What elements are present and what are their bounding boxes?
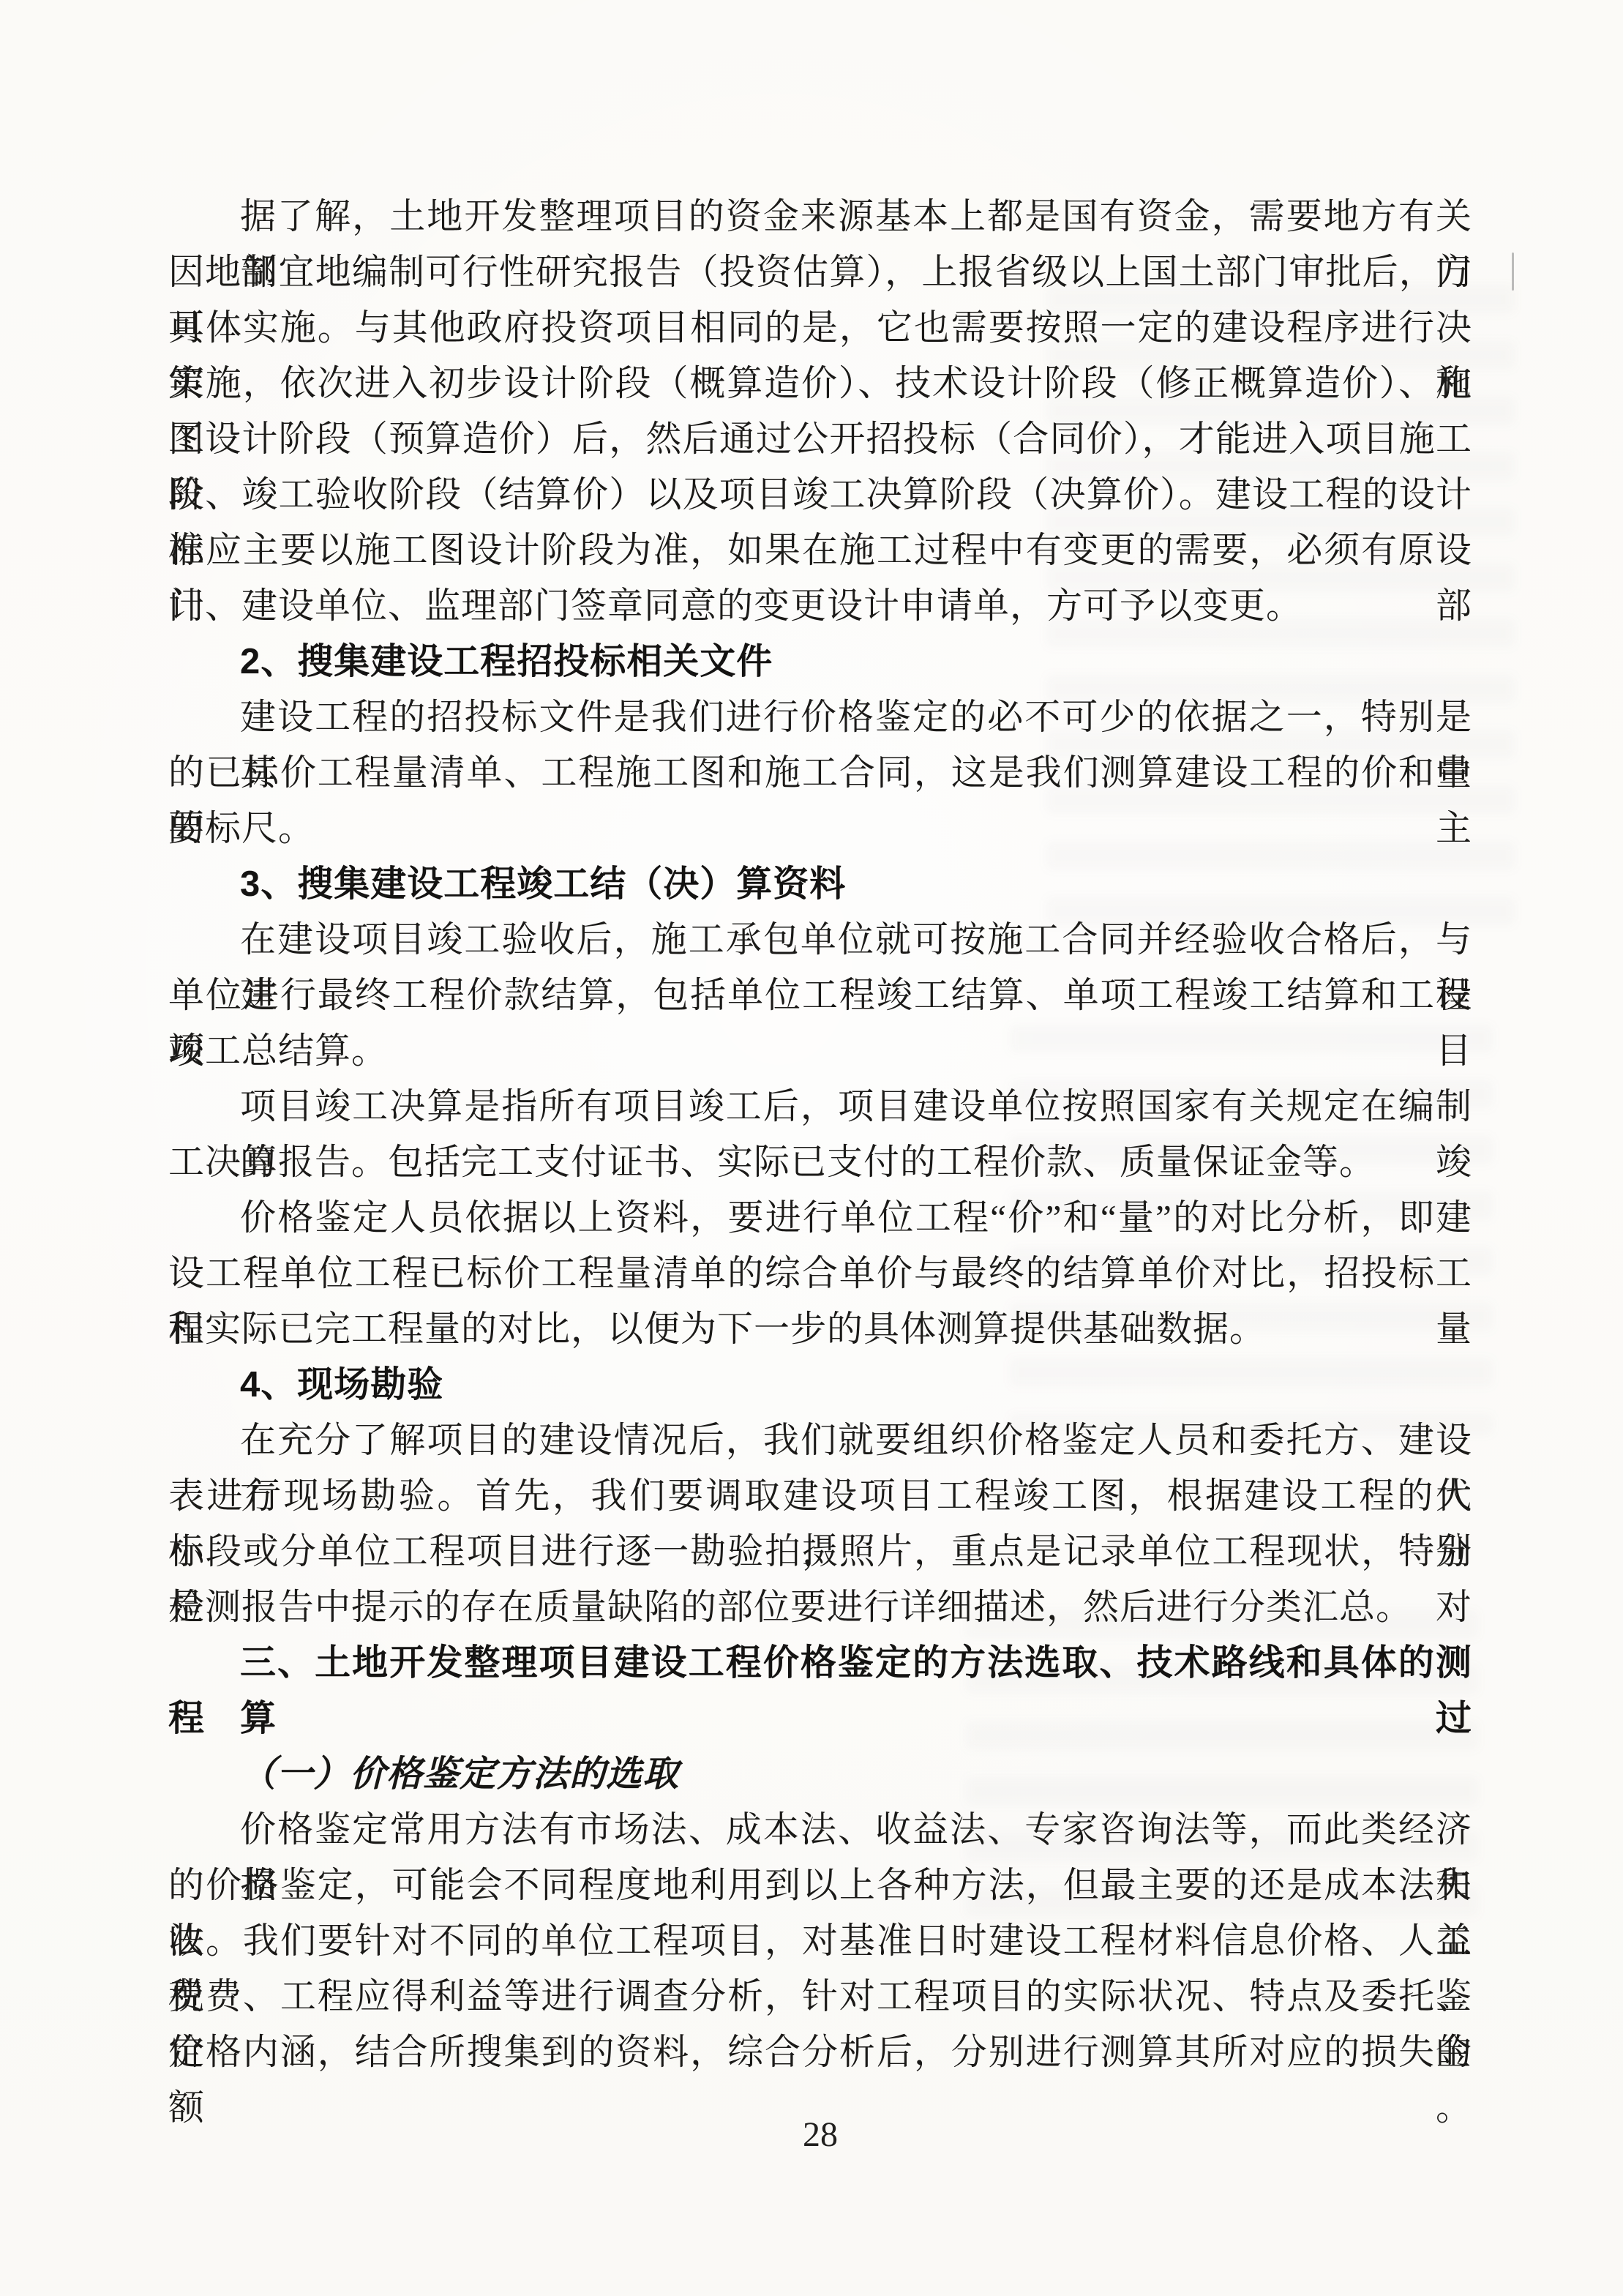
- heading-section-3-line-1: 三、土地开发整理项目建设工程价格鉴定的方法选取、技术路线和具体的测算过: [168, 1635, 1472, 1691]
- heading-subsection-1-method-selection: （一）价格鉴定方法的选取: [168, 1746, 1472, 1802]
- body-line: 门、建设单位、监理部门签章同意的变更设计申请单，方可予以变更。: [168, 578, 1472, 634]
- body-line: 具体实施。与其他政府投资项目相同的是，它也需要按照一定的建设程序进行决策和: [168, 300, 1472, 356]
- body-line: 的价格鉴定，可能会不同程度地利用到以上各种方法，但最主要的还是成本法和收益: [168, 1858, 1472, 1913]
- body-line: 检测报告中提示的存在质量缺陷的部位要进行详细描述，然后进行分类汇总。: [168, 1579, 1472, 1635]
- page-number: 28: [168, 2109, 1472, 2161]
- body-line: 单位进行最终工程价款结算，包括单位工程竣工结算、单项工程竣工结算和工程项目: [168, 968, 1472, 1023]
- body-line: 在建设项目竣工验收后，施工承包单位就可按施工合同并经验收合格后，与建设: [168, 912, 1472, 968]
- page-text-block: 据了解，土地开发整理项目的资金来源基本上都是国有资金，需要地方有关部门 因地制宜…: [168, 189, 1472, 2080]
- body-line: 设工程单位工程已标价工程量清单的综合单价与最终的结算单价对比，招投标工程量: [168, 1246, 1472, 1301]
- body-line: 段、竣工验收阶段（结算价）以及项目竣工决算阶段（决算价）。建设工程的设计标: [168, 467, 1472, 523]
- scan-noise-artifact: [1512, 253, 1514, 291]
- body-line: 价格鉴定人员依据以上资料，要进行单位工程“价”和“量”的对比分析，即建: [168, 1190, 1472, 1246]
- body-line: 的已标价工程量清单、工程施工图和施工合同，这是我们测算建设工程的价和量的主: [168, 745, 1472, 801]
- body-line: 准应主要以施工图设计阶段为准，如果在施工过程中有变更的需要，必须有原设计部: [168, 523, 1472, 578]
- body-line: 图设计阶段（预算造价）后，然后通过公开招投标（合同价），才能进入项目施工阶: [168, 411, 1472, 467]
- body-line: 建设工程的招投标文件是我们进行价格鉴定的必不可少的依据之一，特别是其中: [168, 689, 1472, 745]
- body-line: 税费、工程应得利益等进行调查分析，针对工程项目的实际状况、特点及委托鉴定的: [168, 1969, 1472, 2024]
- body-line: 项目竣工决算是指所有项目竣工后，项目建设单位按照国家有关规定在编制的竣: [168, 1079, 1472, 1134]
- heading-3-collect-settlement-data: 3、搜集建设工程竣工结（决）算资料: [168, 856, 1472, 912]
- body-line: 在充分了解项目的建设情况后，我们就要组织价格鉴定人员和委托方、建设方代: [168, 1413, 1472, 1468]
- body-line: 法。我们要针对不同的单位工程项目，对基准日时建设工程材料信息价格、人工费、: [168, 1913, 1472, 1969]
- body-line: 实施，依次进入初步设计阶段（概算造价）、技术设计阶段（修正概算造价）、施工: [168, 356, 1472, 411]
- body-line: 标段或分单位工程项目进行逐一勘验拍摄照片，重点是记录单位工程现状，特别是对: [168, 1524, 1472, 1579]
- body-line: 工决算报告。包括完工支付证书、实际已支付的工程价款、质量保证金等。: [168, 1134, 1472, 1190]
- body-line: 价格内涵，结合所搜集到的资料，综合分析后，分别进行测算其所对应的损失金额。: [168, 2024, 1472, 2080]
- body-line: 据了解，土地开发整理项目的资金来源基本上都是国有资金，需要地方有关部门: [168, 189, 1472, 244]
- heading-2-collect-bidding-documents: 2、搜集建设工程招投标相关文件: [168, 634, 1472, 689]
- heading-4-site-survey: 4、现场勘验: [168, 1357, 1472, 1413]
- body-line: 因地制宜地编制可行性研究报告（投资估算），上报省级以上国土部门审批后，方可: [168, 244, 1472, 300]
- body-line: 价格鉴定常用方法有市场法、成本法、收益法、专家咨询法等，而此类经济损失: [168, 1802, 1472, 1858]
- scanned-page: 据了解，土地开发整理项目的资金来源基本上都是国有资金，需要地方有关部门 因地制宜…: [0, 0, 1623, 2296]
- body-line: 表进行现场勘验。首先，我们要调取建设项目工程竣工图，根据建设工程的大小，分: [168, 1468, 1472, 1524]
